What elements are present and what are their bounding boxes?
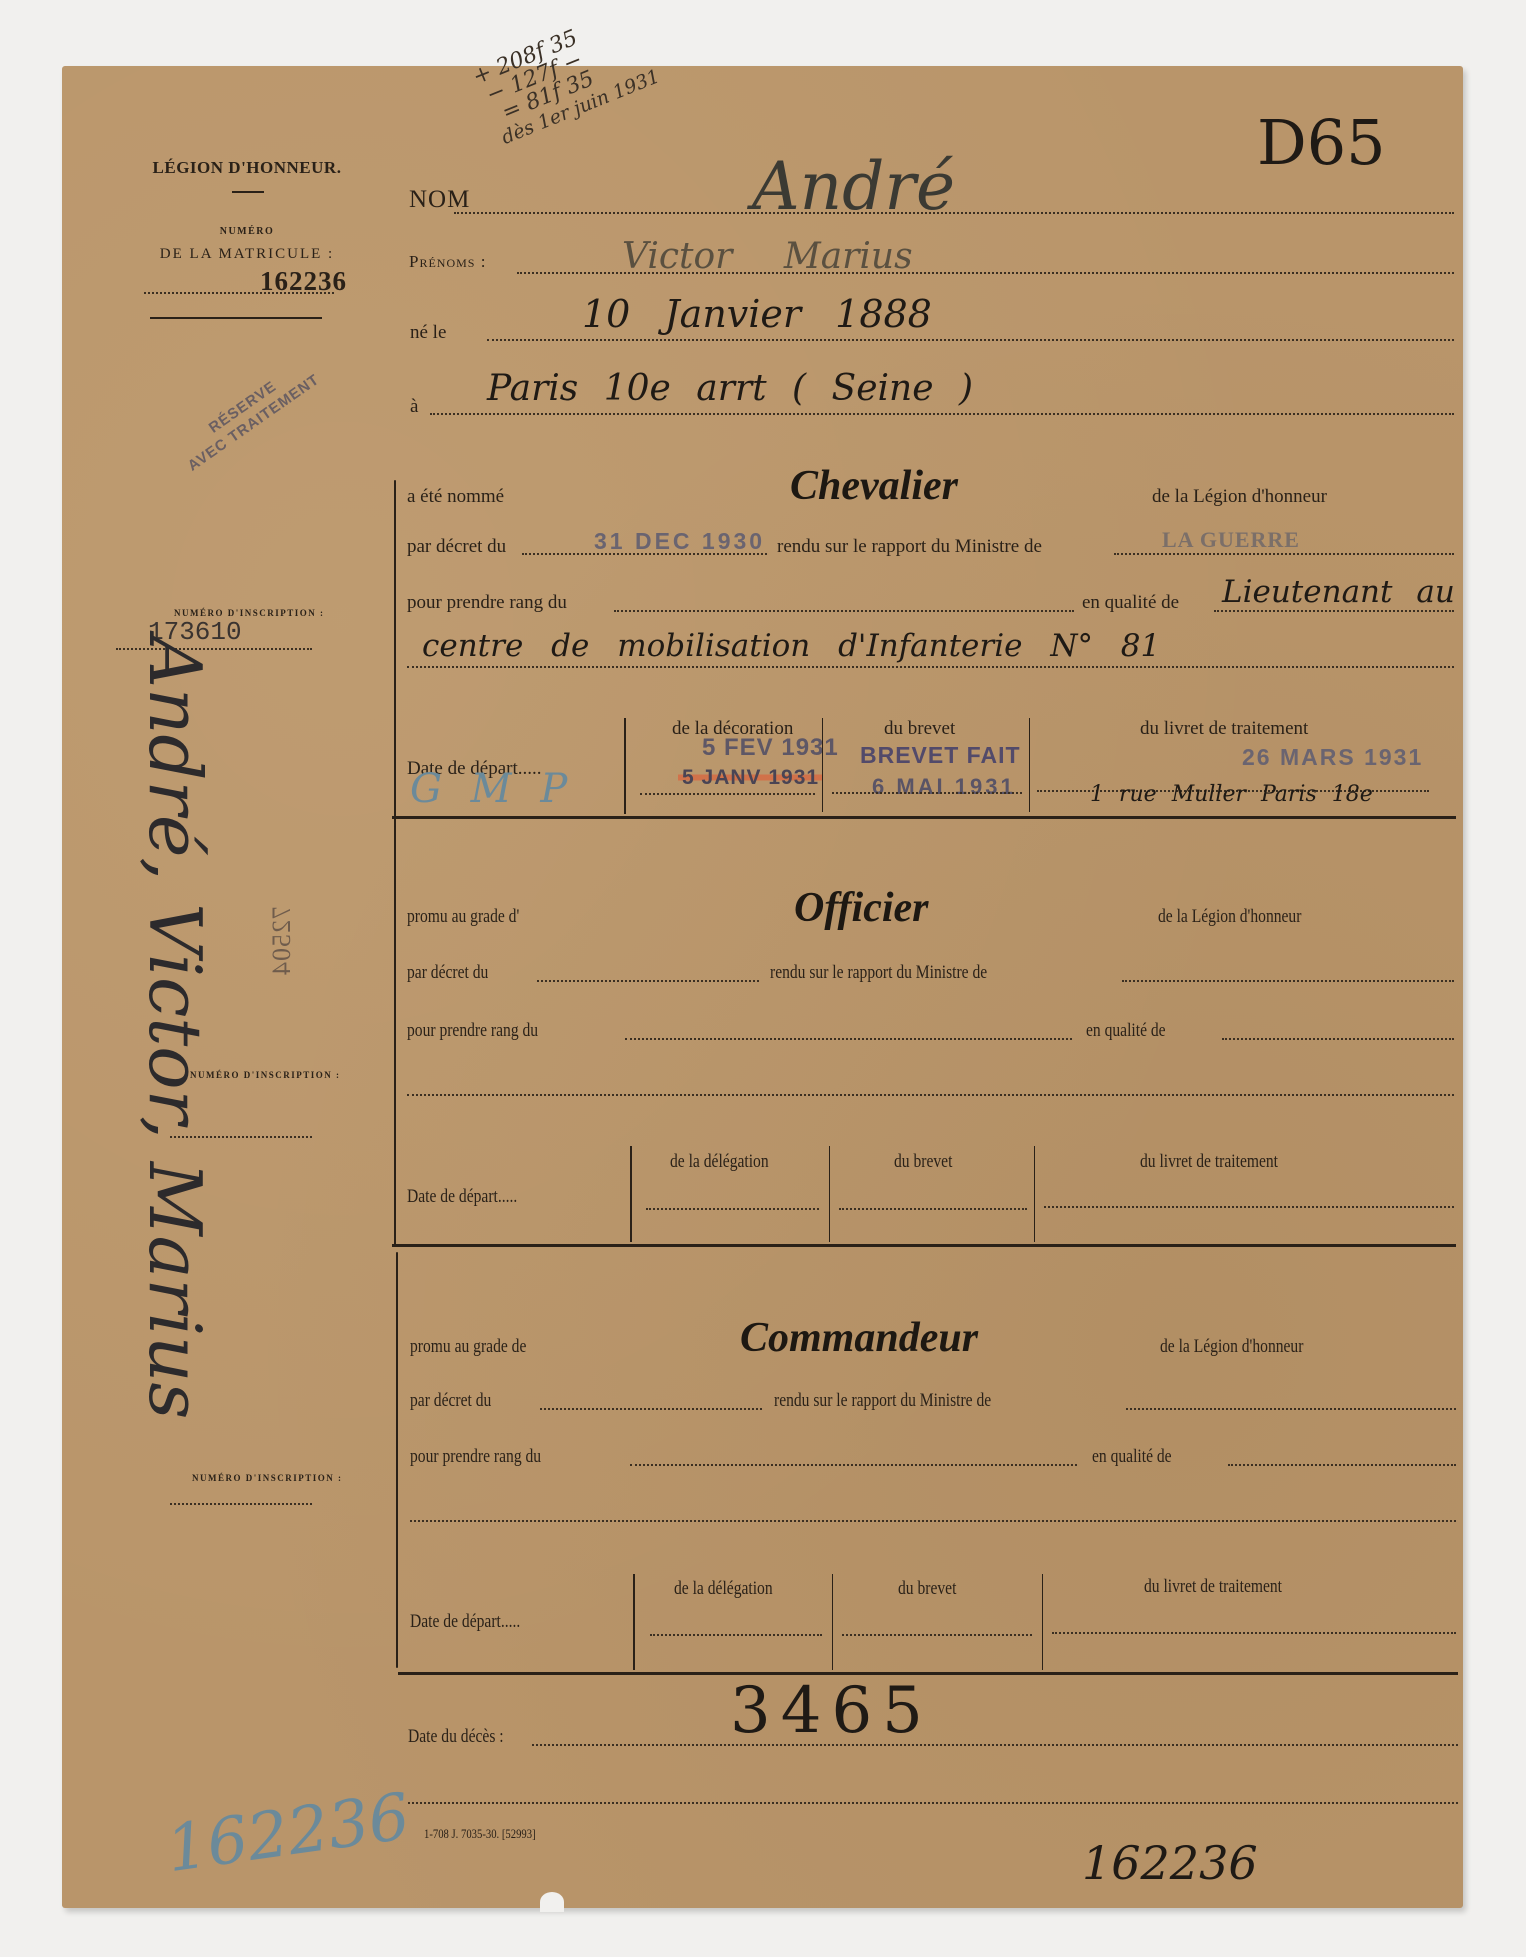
commandeur-suffix: de la Légion d'honneur xyxy=(1160,1336,1303,1358)
deces-label: Date du décès : xyxy=(408,1726,504,1748)
chevalier-col2-header: du brevet xyxy=(884,718,955,740)
chevalier-decret-label: par décret du xyxy=(407,536,506,558)
commandeur-depart-brace xyxy=(633,1574,635,1670)
chevalier-rang-line xyxy=(614,610,1074,612)
commandeur-qualite-line xyxy=(1228,1464,1456,1466)
officier-decret-label: par décret du xyxy=(407,962,488,984)
officier-col3-line xyxy=(1044,1206,1454,1208)
torn-notch xyxy=(540,1892,564,1912)
nom-label: NOM xyxy=(409,186,470,214)
deces-second-line xyxy=(408,1802,1458,1804)
officier-intro: promu au grade d' xyxy=(407,906,519,928)
commandeur-col-divider-2 xyxy=(1042,1574,1043,1670)
matricule-flourish xyxy=(150,317,322,319)
officier-depart-label: Date de départ..... xyxy=(407,1186,517,1208)
officier-brace xyxy=(394,826,396,1246)
officier-depart-brace xyxy=(630,1146,632,1242)
chevalier-col2-stamp-bottom: 6 MAI 1931 xyxy=(872,774,1016,800)
nom-value: André xyxy=(752,148,955,225)
deces-value: 3465 xyxy=(730,1674,933,1748)
black-number: 162236 xyxy=(1082,1836,1258,1890)
commandeur-col-divider-1 xyxy=(832,1574,833,1670)
chevalier-qualite-label: en qualité de xyxy=(1082,592,1179,614)
chevalier-qualite-continued-line xyxy=(407,666,1454,668)
chevalier-intro: a été nommé xyxy=(407,486,504,508)
ne-le-value: 10 Janvier 1888 xyxy=(582,292,932,336)
chevalier-col1-stamp-bottom: 5 JANV 1931 xyxy=(678,766,823,790)
officier-qualite-continued-line xyxy=(407,1094,1454,1096)
chevalier-col2-stamp-top: BREVET FAIT xyxy=(860,742,1021,769)
chevalier-ministre-stamp: LA GUERRE xyxy=(1162,527,1300,553)
chevalier-col-divider-2 xyxy=(1029,718,1030,812)
chevalier-decret-stamp: 31 DEC 1930 xyxy=(594,528,765,555)
chevalier-qualite-continued: centre de mobilisation d'Infanterie N° 8… xyxy=(422,628,1160,664)
officier-qualite-label: en qualité de xyxy=(1086,1020,1166,1042)
ne-le-label: né le xyxy=(410,322,446,344)
chevalier-address-note: 1 rue Muller Paris 18e xyxy=(1090,782,1373,807)
a-dotted-line xyxy=(430,413,1454,415)
chevalier-col1-line xyxy=(640,793,815,795)
chevalier-qualite-value: Lieutenant au xyxy=(1222,574,1455,610)
chevalier-ministre-line xyxy=(1114,553,1454,555)
chevalier-qualite-line xyxy=(1214,610,1454,612)
chevalier-section-rule xyxy=(392,816,1456,819)
officier-grade-title: Officier xyxy=(794,884,929,932)
officier-col1-line xyxy=(646,1208,819,1210)
commandeur-ministre-line xyxy=(1126,1408,1456,1410)
commandeur-depart-label: Date de départ..... xyxy=(410,1611,520,1633)
side-stamp-number: 72504 xyxy=(267,906,297,976)
inscription-label-2: NUMÉRO D'INSCRIPTION : xyxy=(190,1070,341,1080)
commandeur-qualite-continued-line xyxy=(410,1520,1456,1522)
commandeur-rapport-label: rendu sur le rapport du Ministre de xyxy=(774,1390,991,1412)
chevalier-initials-note: G M P xyxy=(410,766,567,812)
chevalier-col3-stamp: 26 MARS 1931 xyxy=(1242,744,1423,771)
chevalier-rapport-label: rendu sur le rapport du Ministre de xyxy=(777,536,1042,558)
commandeur-grade-title: Commandeur xyxy=(740,1314,978,1362)
officier-qualite-line xyxy=(1222,1038,1454,1040)
file-code: D65 xyxy=(1257,106,1386,179)
chevalier-depart-brace xyxy=(624,718,626,814)
prenoms-label: Prénoms : xyxy=(409,252,486,272)
officier-col-divider-2 xyxy=(1034,1146,1035,1242)
chevalier-suffix: de la Légion d'honneur xyxy=(1152,486,1327,508)
inscription-label-3: NUMÉRO D'INSCRIPTION : xyxy=(192,1473,343,1483)
title-underline xyxy=(232,191,264,193)
chevalier-col1-stamp-top: 5 FEV 1931 xyxy=(702,734,839,762)
matricule-dotted-line xyxy=(144,292,334,294)
officier-rang-label: pour prendre rang du xyxy=(407,1020,538,1042)
blue-number: 162236 xyxy=(162,1780,414,1887)
commandeur-rang-line xyxy=(630,1464,1077,1466)
officier-decret-line xyxy=(537,980,759,982)
dossier-sheet: LÉGION D'HONNEUR. NUMÉRO DE LA MATRICULE… xyxy=(62,66,1463,1908)
chevalier-col2-line xyxy=(832,792,1022,794)
inscription-dotted-line-2 xyxy=(170,1136,312,1138)
chevalier-grade-title: Chevalier xyxy=(790,462,958,510)
commandeur-col3-line xyxy=(1052,1632,1456,1634)
prenoms-value: Victor Marius xyxy=(622,236,913,277)
officier-suffix: de la Légion d'honneur xyxy=(1158,906,1301,928)
deces-dotted-line xyxy=(532,1744,1458,1746)
side-stamp-number-text: 72504 xyxy=(267,906,296,976)
chevalier-col-divider-1 xyxy=(822,718,823,812)
officier-col3-header: du livret de traitement xyxy=(1140,1151,1278,1173)
officier-ministre-line xyxy=(1122,980,1454,982)
matricule-label: DE LA MATRICULE : xyxy=(132,246,362,263)
officier-col1-header: de la délégation xyxy=(670,1151,769,1173)
officier-rapport-label: rendu sur le rapport du Ministre de xyxy=(770,962,987,984)
commandeur-decret-line xyxy=(540,1408,762,1410)
officier-rang-line xyxy=(625,1038,1072,1040)
officier-col2-line xyxy=(839,1208,1027,1210)
chevalier-rang-label: pour prendre rang du xyxy=(407,592,567,614)
commandeur-col2-line xyxy=(842,1634,1032,1636)
commandeur-qualite-label: en qualité de xyxy=(1092,1446,1172,1468)
chevalier-col3-header: du livret de traitement xyxy=(1140,718,1308,740)
vertical-name: André, Victor, Marius xyxy=(133,636,217,1419)
officier-section-rule xyxy=(392,1244,1456,1247)
legion-title: LÉGION D'HONNEUR. xyxy=(132,158,362,178)
officier-col-divider-1 xyxy=(829,1146,830,1242)
commandeur-col1-line xyxy=(650,1634,822,1636)
commandeur-brace xyxy=(396,1252,398,1668)
vertical-name-text: André, Victor, Marius xyxy=(133,636,217,1419)
commandeur-intro: promu au grade de xyxy=(410,1336,526,1358)
commandeur-col2-header: du brevet xyxy=(898,1578,956,1600)
print-code: 1-708 J. 7035-30. [52993] xyxy=(424,1826,536,1842)
margin-calc: + 208f 35 − 127f − = 81f 35 dès 1er juin… xyxy=(457,4,663,155)
a-value: Paris 10e arrt ( Seine ) xyxy=(487,368,973,409)
commandeur-rang-label: pour prendre rang du xyxy=(410,1446,541,1468)
inscription-dotted-line-3 xyxy=(170,1503,312,1505)
commandeur-col1-header: de la délégation xyxy=(674,1578,773,1600)
a-label: à xyxy=(410,396,418,418)
reserve-stamp: RÉSERVE AVEC TRAITEMENT xyxy=(173,355,323,476)
numero-label: NUMÉRO xyxy=(132,226,362,237)
commandeur-col3-header: du livret de traitement xyxy=(1144,1576,1282,1598)
officier-col2-header: du brevet xyxy=(894,1151,952,1173)
ne-le-dotted-line xyxy=(487,339,1454,341)
commandeur-decret-label: par décret du xyxy=(410,1390,491,1412)
